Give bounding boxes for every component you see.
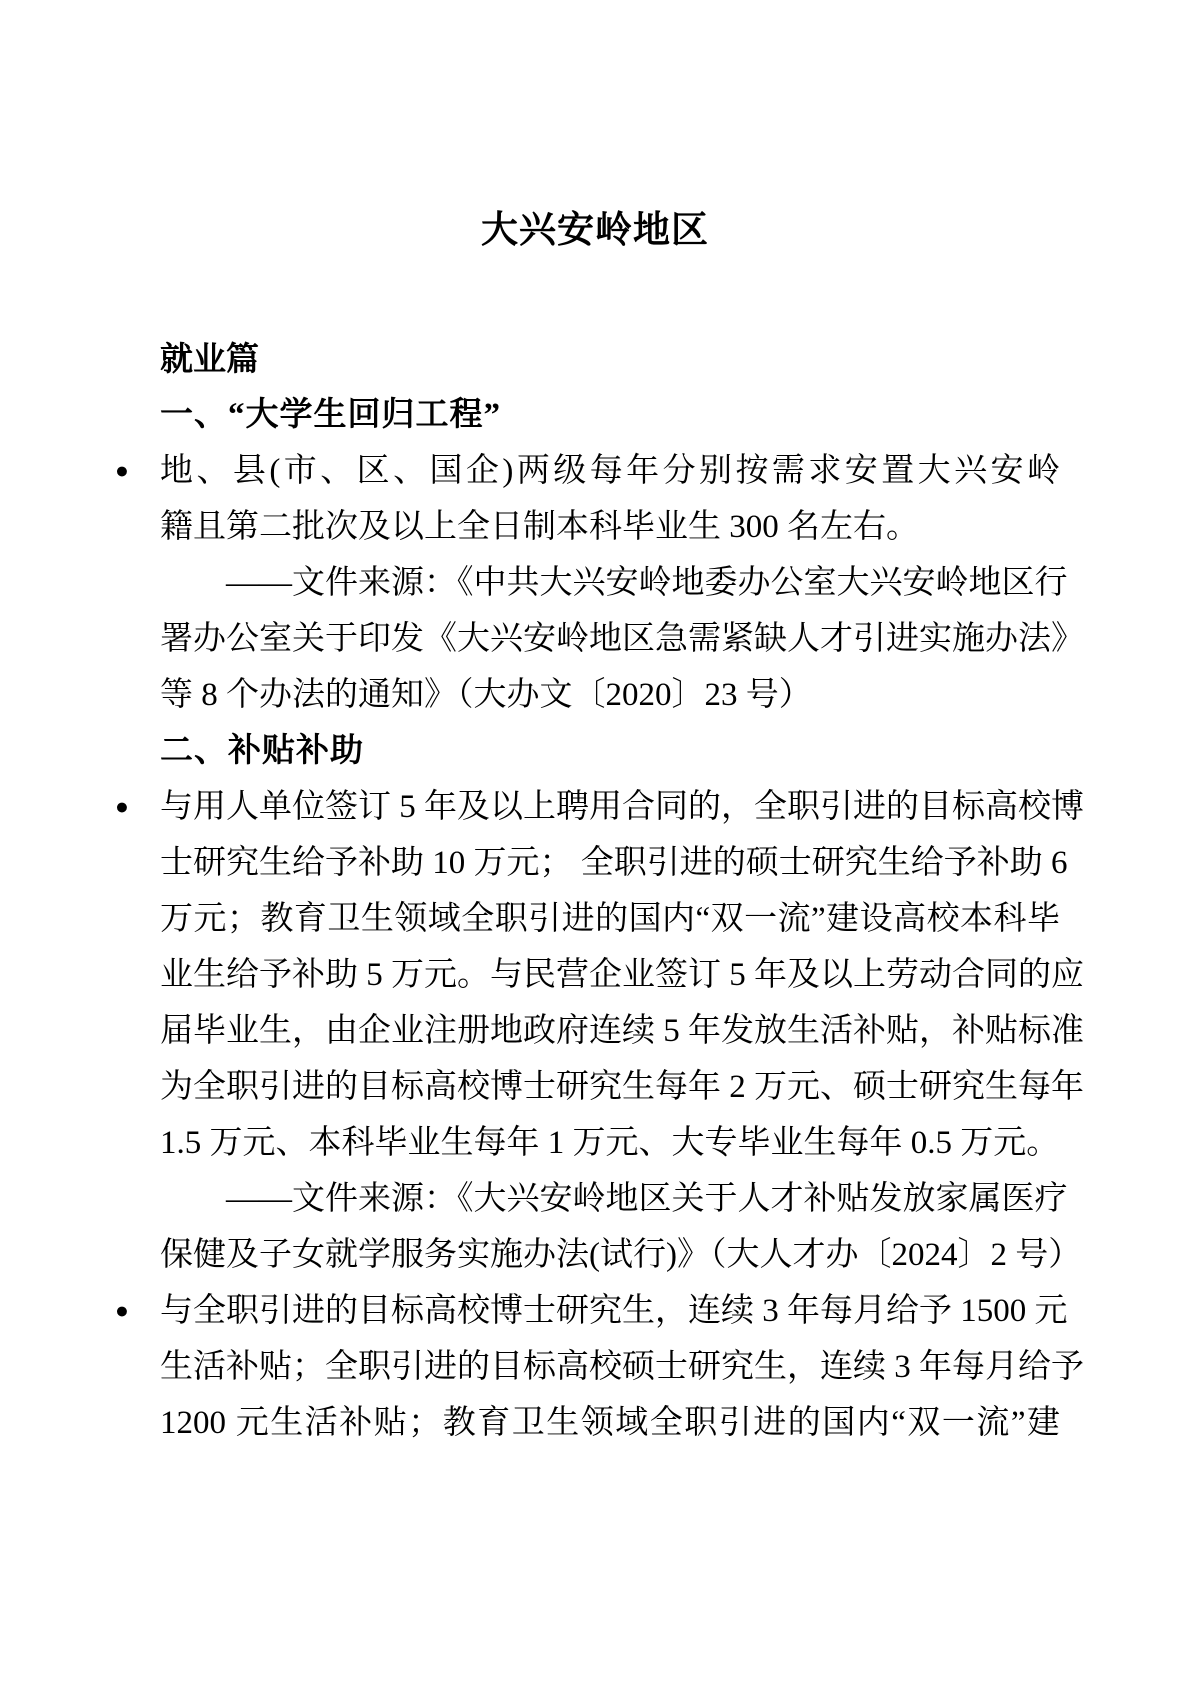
text-line: 与用人单位签订 5 年及以上聘用合同的，全职引进的目标高校博 xyxy=(160,779,1060,835)
text-line: 为全职引进的目标高校博士研究生每年 2 万元、硕士研究生每年 xyxy=(160,1059,1060,1115)
document-page: 大兴安岭地区 就业篇 一、“大学生回归工程” ● 地、县(市、区、国企)两级每年… xyxy=(0,0,1190,1683)
numbered-heading-1: 一、“大学生回归工程” xyxy=(160,387,1060,443)
text-line: 保健及子女就学服务实施办法(试行)》（大人才办〔2024〕2 号） xyxy=(160,1227,1060,1283)
bullet-icon: ● xyxy=(115,443,155,499)
text-line: 署办公室关于印发《大兴安岭地区急需紧缺人才引进实施办法》 xyxy=(160,611,1060,667)
text-line: ——文件来源：《大兴安岭地区关于人才补贴发放家属医疗 xyxy=(160,1171,1060,1227)
text-line: 1.5 万元、本科毕业生每年 1 万元、大专毕业生每年 0.5 万元。 xyxy=(160,1115,1060,1171)
text-line: 士研究生给予补助 10 万元； 全职引进的硕士研究生给予补助 6 xyxy=(160,835,1060,891)
bullet-icon: ● xyxy=(115,779,155,835)
bullet-icon: ● xyxy=(115,1283,155,1339)
bullet-item-subsidy: ● 与用人单位签订 5 年及以上聘用合同的，全职引进的目标高校博 士研究生给予补… xyxy=(160,779,1060,1171)
bullet-item-living-allowance: ● 与全职引进的目标高校博士研究生，连续 3 年每月给予 1500 元 生活补贴… xyxy=(160,1283,1060,1451)
text-line: 籍且第二批次及以上全日制本科毕业生 300 名左右。 xyxy=(160,499,1060,555)
text-line: 生活补贴；全职引进的目标高校硕士研究生，连续 3 年每月给予 xyxy=(160,1339,1060,1395)
bullet-item-placement: ● 地、县(市、区、国企)两级每年分别按需求安置大兴安岭 籍且第二批次及以上全日… xyxy=(160,443,1060,555)
text-line: 万元；教育卫生领域全职引进的国内“双一流”建设高校本科毕 xyxy=(160,891,1060,947)
document-body: 就业篇 一、“大学生回归工程” ● 地、县(市、区、国企)两级每年分别按需求安置… xyxy=(160,331,1060,1451)
text-line: ——文件来源：《中共大兴安岭地委办公室大兴安岭地区行 xyxy=(160,555,1060,611)
section-heading-employment: 就业篇 xyxy=(160,331,1060,387)
text-line: 届毕业生，由企业注册地政府连续 5 年发放生活补贴，补贴标准 xyxy=(160,1003,1060,1059)
text-line: 地、县(市、区、国企)两级每年分别按需求安置大兴安岭 xyxy=(160,443,1060,499)
page-title: 大兴安岭地区 xyxy=(0,203,1190,259)
text-line: 业生给予补助 5 万元。与民营企业签订 5 年及以上劳动合同的应 xyxy=(160,947,1060,1003)
text-line: 1200 元生活补贴；教育卫生领域全职引进的国内“双一流”建 xyxy=(160,1395,1060,1451)
text-line: 等 8 个办法的通知》（大办文〔2020〕23 号） xyxy=(160,667,1060,723)
source-note-2: ——文件来源：《大兴安岭地区关于人才补贴发放家属医疗 保健及子女就学服务实施办法… xyxy=(160,1171,1060,1283)
source-note-1: ——文件来源：《中共大兴安岭地委办公室大兴安岭地区行 署办公室关于印发《大兴安岭… xyxy=(160,555,1060,723)
text-line: 与全职引进的目标高校博士研究生，连续 3 年每月给予 1500 元 xyxy=(160,1283,1060,1339)
numbered-heading-2: 二、补贴补助 xyxy=(160,723,1060,779)
